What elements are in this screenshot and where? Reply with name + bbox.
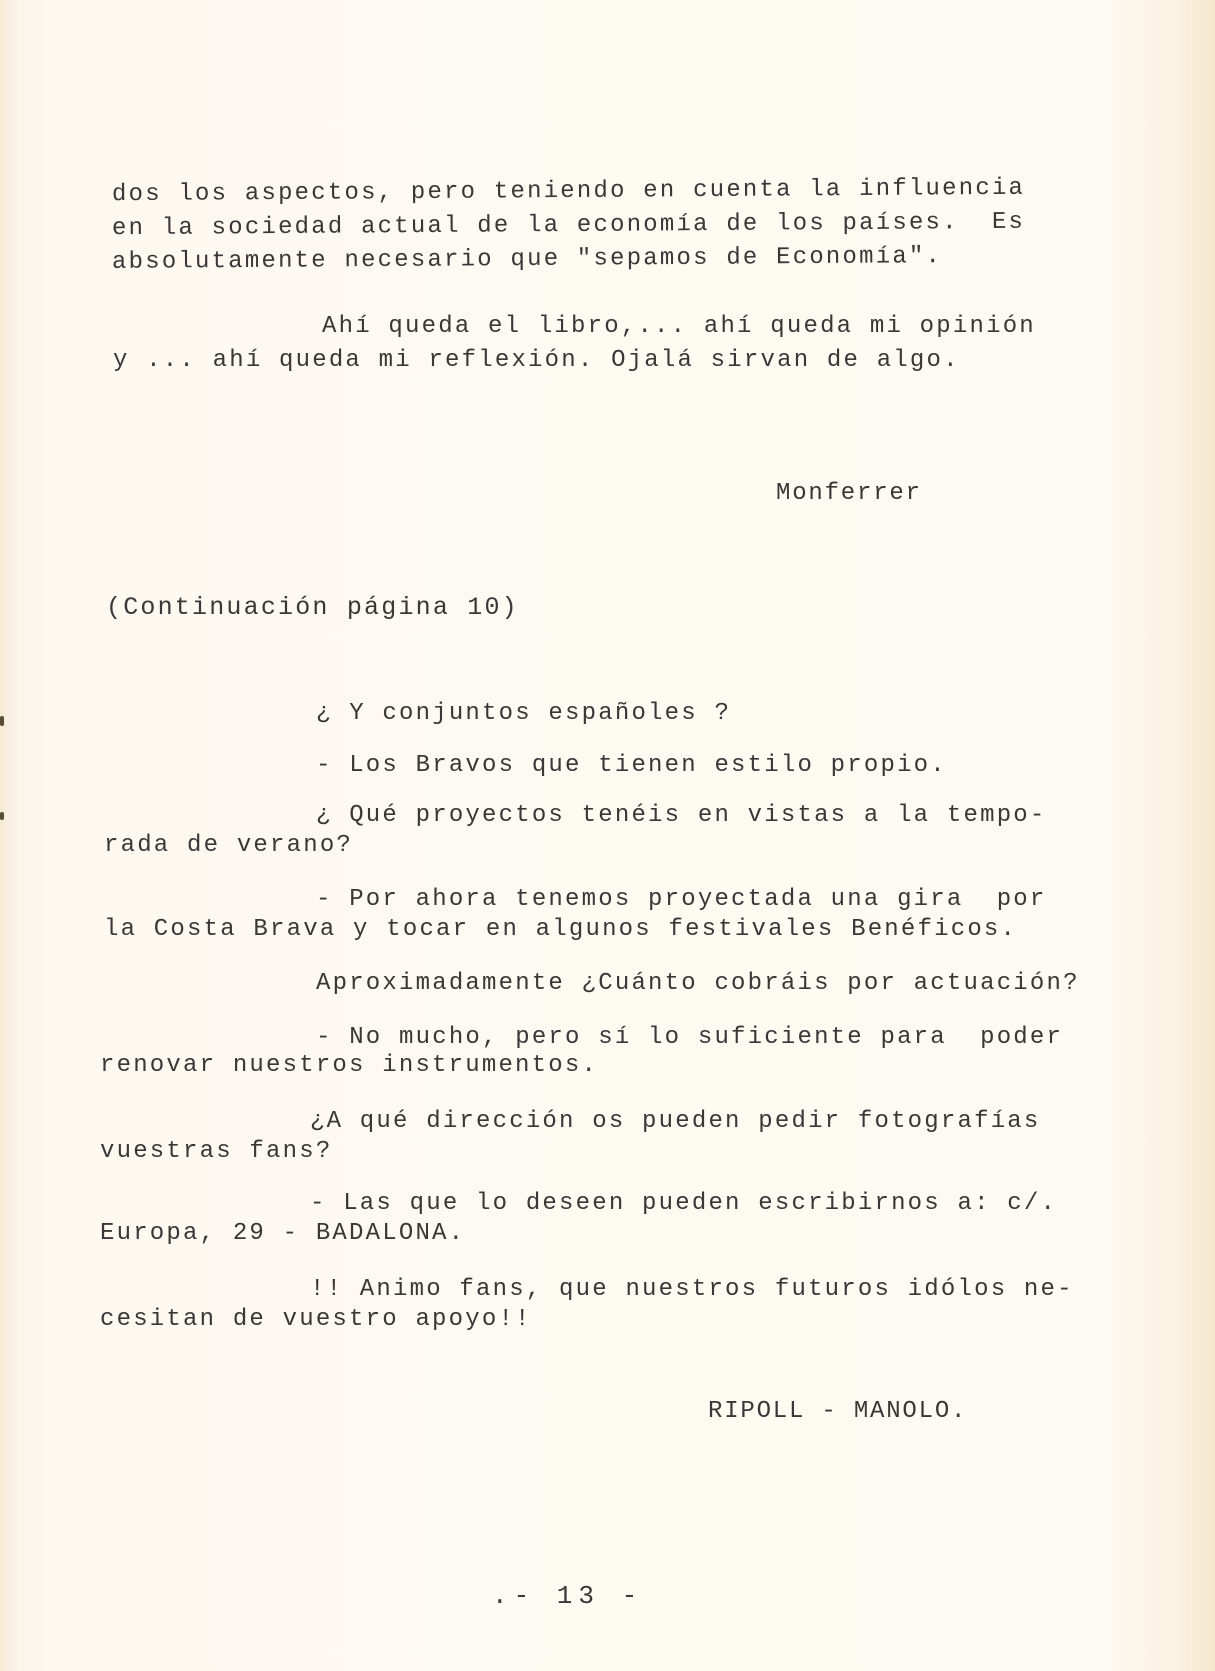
- intro-line: absolutamente necesario que "sepamos de …: [112, 243, 942, 277]
- interview-question: Aproximadamente ¿Cuánto cobráis por actu…: [316, 970, 1080, 998]
- page-number: .- 13 -: [492, 1582, 643, 1610]
- interview-answer: la Costa Brava y tocar en algunos festiv…: [104, 916, 1017, 944]
- closing-line: y ... ahí queda mi reflexión. Ojalá sirv…: [113, 347, 960, 375]
- closing-line: Ahí queda el libro,... ahí queda mi opin…: [322, 313, 1036, 341]
- interview-answer: - No mucho, pero sí lo suficiente para p…: [316, 1024, 1063, 1052]
- interview-answer: - Los Bravos que tienen estilo propio.: [316, 752, 947, 780]
- interview-question: ¿A qué dirección os pueden pedir fotogra…: [310, 1108, 1041, 1136]
- interview-answer: renovar nuestros instrumentos.: [100, 1052, 598, 1080]
- author-signature: Monferrer: [776, 480, 922, 508]
- intro-line: dos los aspectos, pero teniendo en cuent…: [112, 175, 1025, 209]
- interview-question: ¿ Qué proyectos tenéis en vistas a la te…: [316, 802, 1047, 830]
- intro-line: en la sociedad actual de la economía de …: [112, 209, 1025, 243]
- interview-question: rada de verano?: [104, 832, 353, 860]
- typewritten-page: dos los aspectos, pero teniendo en cuent…: [0, 0, 1215, 1671]
- continuation-note: (Continuación página 10): [106, 594, 519, 622]
- interview-answer: - Por ahora tenemos proyectada una gira …: [316, 886, 1047, 914]
- interview-signature: RIPOLL - MANOLO.: [708, 1398, 967, 1426]
- interview-question: vuestras fans?: [100, 1138, 332, 1166]
- binding-mark: [0, 716, 4, 726]
- interview-answer: Europa, 29 - BADALONA.: [100, 1220, 465, 1248]
- interview-answer: - Las que lo deseen pueden escribirnos a…: [310, 1190, 1057, 1218]
- binding-mark: [0, 812, 4, 820]
- interview-question: ¿ Y conjuntos españoles ?: [316, 700, 731, 728]
- interview-closing: !! Animo fans, que nuestros futuros idól…: [310, 1276, 1074, 1304]
- interview-closing: cesitan de vuestro apoyo!!: [100, 1306, 532, 1334]
